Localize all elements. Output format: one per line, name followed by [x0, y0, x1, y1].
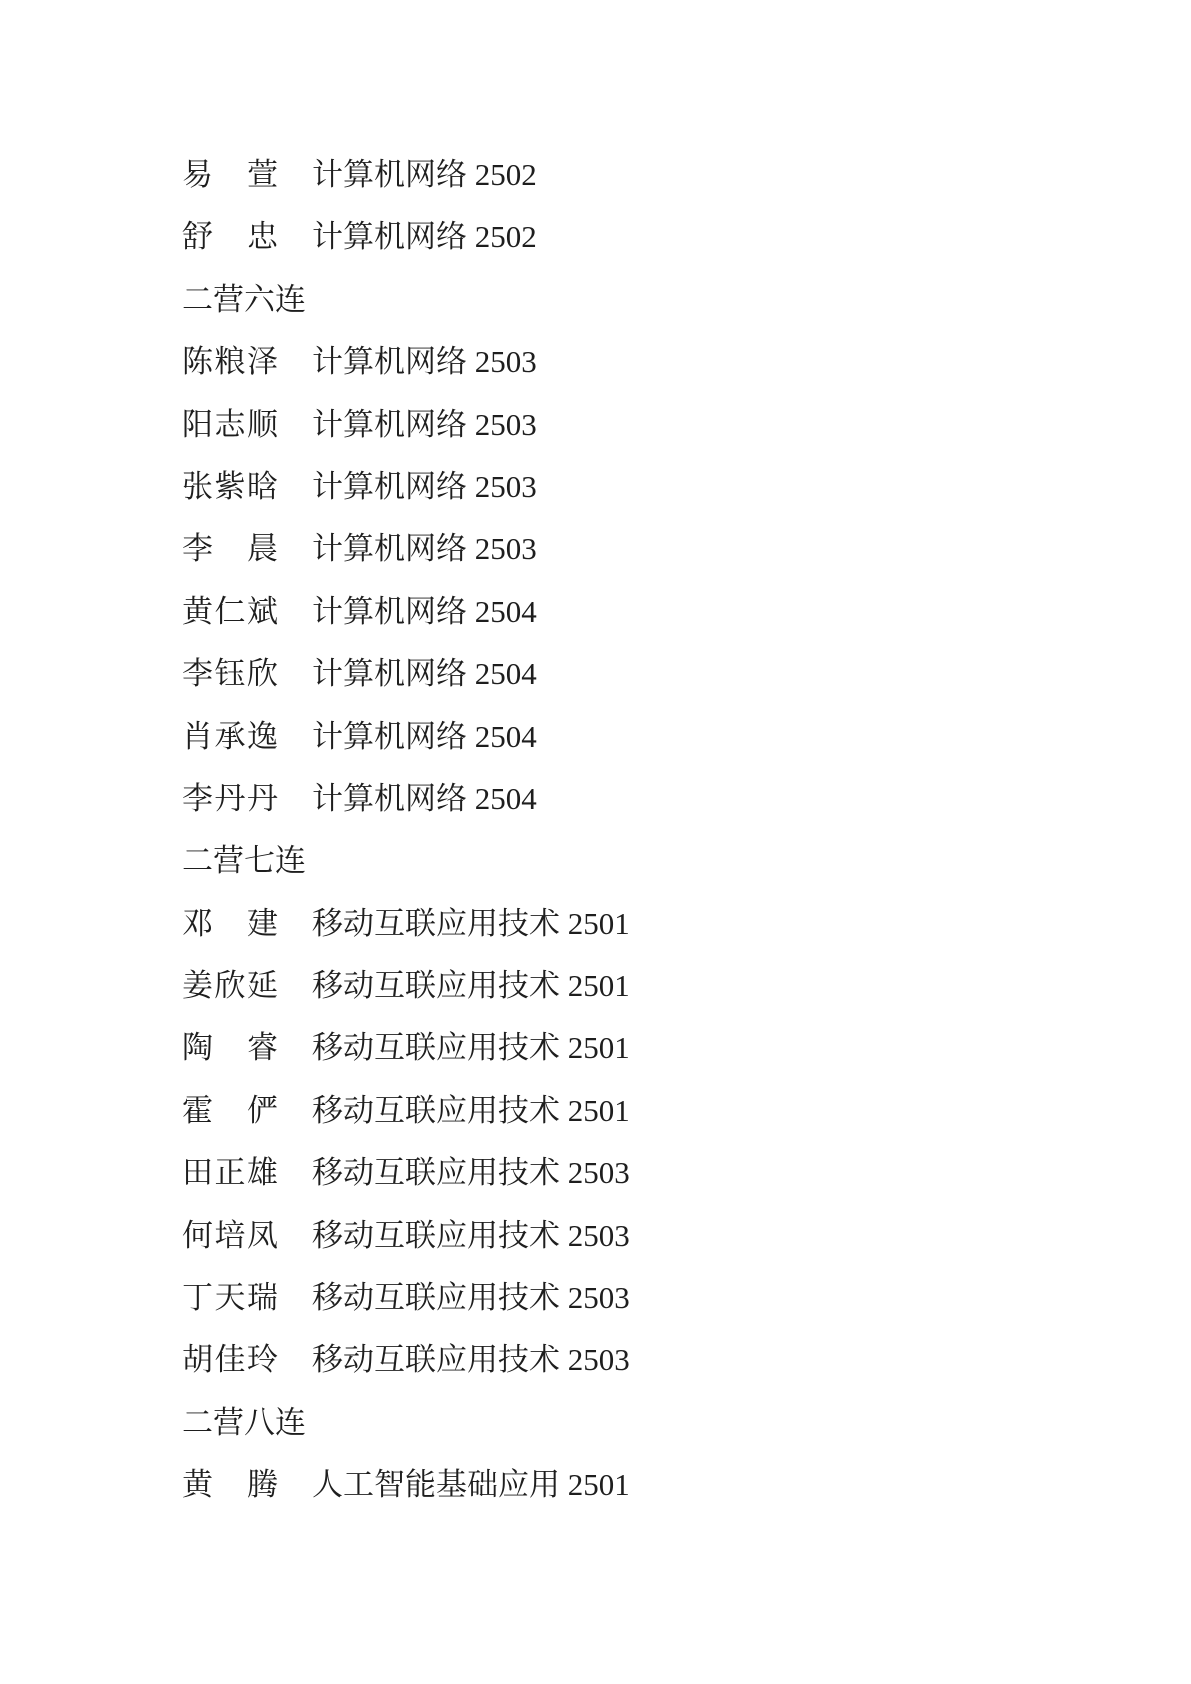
student-name: 何培凤: [182, 1205, 278, 1267]
student-class: 移动互联应用技术 2501: [312, 1093, 630, 1128]
roster-row: 胡佳玲移动互联应用技术 2503: [182, 1329, 1111, 1391]
document-page: 易萱计算机网络 2502 舒忠计算机网络 2502 二营六连 陈粮泽计算机网络 …: [0, 0, 1191, 1684]
student-class: 计算机网络 2503: [312, 469, 537, 504]
roster-list: 易萱计算机网络 2502 舒忠计算机网络 2502 二营六连 陈粮泽计算机网络 …: [0, 0, 1191, 1517]
roster-row: 陶睿移动互联应用技术 2501: [182, 1017, 1111, 1079]
student-class: 移动互联应用技术 2501: [312, 968, 630, 1003]
roster-row: 陈粮泽计算机网络 2503: [182, 331, 1111, 393]
student-name: 李晨: [182, 518, 278, 580]
student-class: 计算机网络 2503: [312, 531, 537, 566]
student-class: 计算机网络 2502: [312, 157, 537, 192]
roster-row: 丁天瑞移动互联应用技术 2503: [182, 1267, 1111, 1329]
student-name: 丁天瑞: [182, 1267, 278, 1329]
roster-row: 邓建移动互联应用技术 2501: [182, 893, 1111, 955]
student-class: 移动互联应用技术 2503: [312, 1218, 630, 1253]
student-name: 田正雄: [182, 1142, 278, 1204]
roster-row: 李钰欣计算机网络 2504: [182, 643, 1111, 705]
student-class: 人工智能基础应用 2501: [312, 1467, 630, 1502]
student-class: 计算机网络 2504: [312, 719, 537, 754]
student-name: 李丹丹: [182, 768, 278, 830]
student-name: 邓建: [182, 893, 278, 955]
student-name: 阳志顺: [182, 394, 278, 456]
roster-row: 何培凤移动互联应用技术 2503: [182, 1205, 1111, 1267]
student-name: 陶睿: [182, 1017, 278, 1079]
student-name: 霍俨: [182, 1080, 278, 1142]
student-class: 计算机网络 2503: [312, 344, 537, 379]
section-header: 二营七连: [182, 830, 1111, 892]
roster-row: 易萱计算机网络 2502: [182, 144, 1111, 206]
student-class: 移动互联应用技术 2503: [312, 1155, 630, 1190]
section-label: 二营七连: [182, 843, 306, 878]
student-name: 易萱: [182, 144, 278, 206]
student-class: 计算机网络 2502: [312, 219, 537, 254]
student-name: 舒忠: [182, 206, 278, 268]
student-class: 计算机网络 2504: [312, 656, 537, 691]
student-class: 移动互联应用技术 2503: [312, 1280, 630, 1315]
student-class: 移动互联应用技术 2501: [312, 906, 630, 941]
section-header: 二营八连: [182, 1392, 1111, 1454]
student-name: 黄仁斌: [182, 581, 278, 643]
section-label: 二营六连: [182, 282, 306, 317]
roster-row: 李晨计算机网络 2503: [182, 518, 1111, 580]
roster-row: 舒忠计算机网络 2502: [182, 206, 1111, 268]
student-class: 移动互联应用技术 2501: [312, 1030, 630, 1065]
roster-row: 阳志顺计算机网络 2503: [182, 394, 1111, 456]
roster-row: 张紫晗计算机网络 2503: [182, 456, 1111, 518]
student-name: 肖承逸: [182, 706, 278, 768]
roster-row: 黄仁斌计算机网络 2504: [182, 581, 1111, 643]
student-class: 计算机网络 2503: [312, 407, 537, 442]
roster-row: 霍俨移动互联应用技术 2501: [182, 1080, 1111, 1142]
section-header: 二营六连: [182, 269, 1111, 331]
roster-row: 黄腾人工智能基础应用 2501: [182, 1454, 1111, 1516]
student-name: 李钰欣: [182, 643, 278, 705]
student-name: 胡佳玲: [182, 1329, 278, 1391]
roster-row: 肖承逸计算机网络 2504: [182, 706, 1111, 768]
roster-row: 田正雄移动互联应用技术 2503: [182, 1142, 1111, 1204]
section-label: 二营八连: [182, 1405, 306, 1440]
roster-row: 姜欣延移动互联应用技术 2501: [182, 955, 1111, 1017]
student-name: 姜欣延: [182, 955, 278, 1017]
student-name: 陈粮泽: [182, 331, 278, 393]
student-class: 计算机网络 2504: [312, 781, 537, 816]
student-name: 张紫晗: [182, 456, 278, 518]
student-class: 移动互联应用技术 2503: [312, 1342, 630, 1377]
roster-row: 李丹丹计算机网络 2504: [182, 768, 1111, 830]
student-name: 黄腾: [182, 1454, 278, 1516]
student-class: 计算机网络 2504: [312, 594, 537, 629]
